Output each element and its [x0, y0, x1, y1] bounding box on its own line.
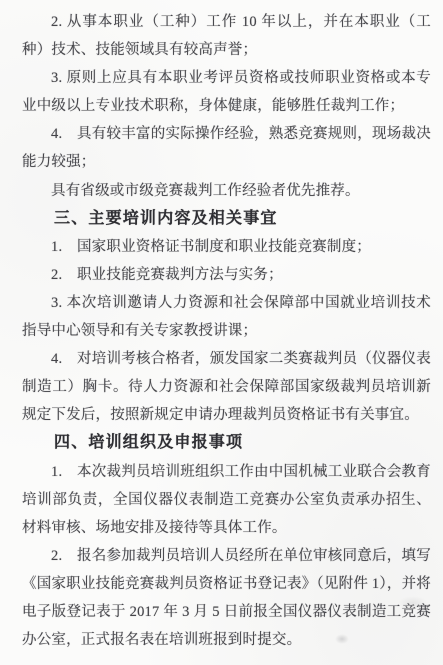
paragraph-content-item-4: 4. 对培训考核合格者，颁发国家二类赛裁判员（仪器仪表制造工）胸卡。待人力资源和…: [22, 345, 431, 429]
paragraph-priority-recommendation: 具有省级或市级竞赛裁判工作经验者优先推荐。: [22, 177, 431, 205]
paragraph-organization-item-2: 2. 报名参加裁判员培训人员经所在单位审核同意后，填写《国家职业技能竞赛裁判员资…: [22, 542, 431, 654]
paragraph-item-4-requirement: 4. 具有较丰富的实际操作经验，熟悉竞赛规则，现场裁决能力较强；: [22, 120, 431, 176]
document-body: 2. 从事本职业（工种）工作 10 年以上，并在本职业（工种）技术、技能领域具有…: [22, 8, 431, 654]
paragraph-content-item-3: 3. 本次培训邀请人力资源和社会保障部中国就业培训技术指导中心领导和有关专家教授…: [22, 289, 431, 345]
paragraph-organization-item-1: 1. 本次裁判员培训班组织工作由中国机械工业联合会教育培训部负责，全国仪器仪表制…: [22, 458, 431, 542]
paragraph-content-item-1: 1. 国家职业资格证书制度和职业技能竞赛制度；: [22, 233, 431, 261]
paragraph-item-2-requirement: 2. 从事本职业（工种）工作 10 年以上，并在本职业（工种）技术、技能领域具有…: [22, 8, 431, 64]
paragraph-content-item-2: 2. 职业技能竞赛裁判方法与实务；: [22, 261, 431, 289]
paragraph-item-3-requirement: 3. 原则上应具有本职业考评员资格或技师职业资格或本专业中级以上专业技术职称，身…: [22, 64, 431, 120]
scanned-document-page: 2. 从事本职业（工种）工作 10 年以上，并在本职业（工种）技术、技能领域具有…: [0, 0, 443, 665]
section-heading-4-organization: 四、培训组织及申报事项: [22, 429, 431, 457]
section-heading-3-training-content: 三、主要培训内容及相关事宜: [22, 205, 431, 233]
